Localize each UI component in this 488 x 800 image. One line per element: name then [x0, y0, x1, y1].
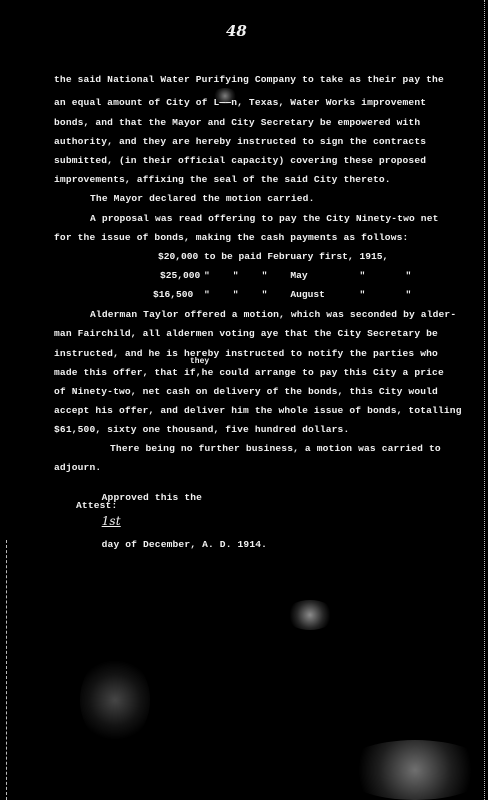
- payment-amount: $25,000: [160, 270, 200, 281]
- payment-terms: " " " August " ": [204, 289, 411, 300]
- body-line: improvements, affixing the seal of the s…: [54, 174, 391, 185]
- body-line: the said National Water Purifying Compan…: [54, 74, 444, 85]
- body-line: adjourn.: [54, 462, 101, 473]
- ink-blot: [285, 600, 335, 630]
- body-line: instructed, and he is hereby instructed …: [54, 348, 438, 359]
- body-line: of Ninety-two, net cash on delivery of t…: [54, 386, 438, 397]
- body-line: made this offer, that if,he could arrang…: [54, 367, 444, 378]
- approval-suffix: day of December, A. D. 1914.: [102, 539, 267, 550]
- ink-blot: [340, 740, 488, 800]
- interlineation: they: [190, 357, 209, 366]
- payment-amount: $20,000: [158, 251, 198, 262]
- page-number: 48: [226, 22, 247, 40]
- body-line: submitted, (in their official capacity) …: [54, 155, 426, 166]
- body-line: $61,500, sixty one thousand, five hundre…: [54, 424, 349, 435]
- approval-line: Approved this the 1st day of December, A…: [78, 481, 267, 561]
- ink-blot: [80, 655, 150, 745]
- body-line: an equal amount of City of L——n, Texas, …: [54, 97, 426, 108]
- payment-amount: $16,500: [153, 289, 193, 300]
- ink-blot: [212, 88, 238, 104]
- handwritten-day: 1st: [102, 514, 121, 528]
- body-line: man Fairchild, all aldermen voting aye t…: [54, 328, 438, 339]
- attest-label: Attest:: [76, 500, 117, 511]
- scan-edge-left: [6, 540, 8, 800]
- body-line: bonds, and that the Mayor and City Secre…: [54, 117, 420, 128]
- body-line: There being no further business, a motio…: [110, 443, 441, 454]
- payment-terms: to be paid February first, 1915,: [204, 251, 388, 262]
- body-line: A proposal was read offering to pay the …: [90, 213, 439, 224]
- body-line: accept his offer, and deliver him the wh…: [54, 405, 462, 416]
- body-line: for the issue of bonds, making the cash …: [54, 232, 408, 243]
- payment-terms: " " " May " ": [204, 270, 411, 281]
- scan-edge-right: [482, 0, 485, 800]
- body-line: Alderman Taylor offered a motion, which …: [90, 309, 456, 320]
- body-line: authority, and they are hereby instructe…: [54, 136, 426, 147]
- body-line: The Mayor declared the motion carried.: [90, 193, 314, 204]
